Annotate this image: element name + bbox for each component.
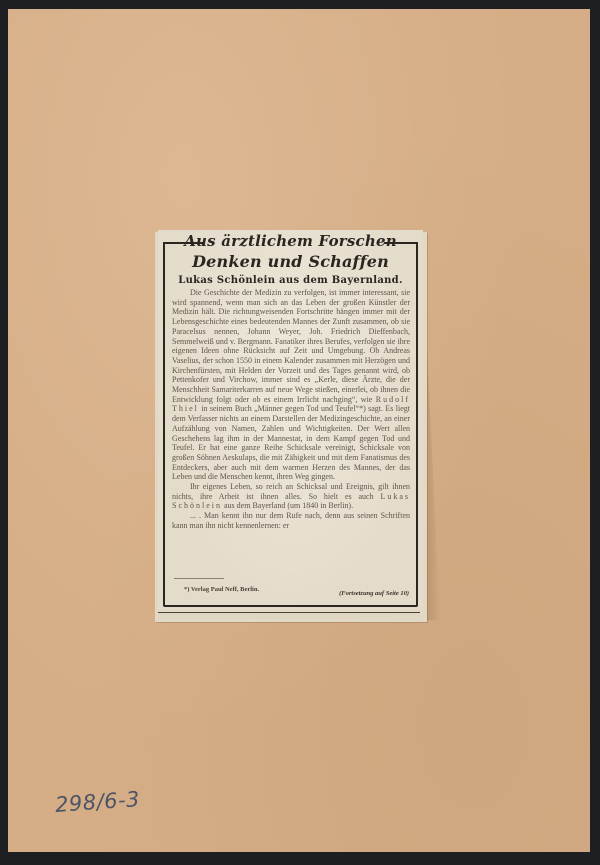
article-paragraph-1: Die Geschichte der Medizin zu verfolgen,… — [172, 288, 410, 482]
footnote-divider — [174, 578, 224, 579]
continuation-note: (Fortsetzung auf Seite 10) — [339, 590, 409, 597]
paragraph-text: Ihr eigenes Leben, so reich an Schicksal… — [172, 482, 410, 501]
article-paragraph-2: Ihr eigenes Leben, so reich an Schicksal… — [172, 482, 410, 511]
clipping-bottom-edge — [158, 612, 420, 619]
newspaper-clipping: Aus ärztlichem Forschen Denken und Schaf… — [158, 230, 423, 610]
article-paragraph-3: ... . Man kennt ihn nur dem Rufe nach, d… — [172, 511, 410, 530]
paragraph-text: Die Geschichte der Medizin zu verfolgen,… — [172, 288, 410, 404]
headline-line-2: Denken und Schaffen — [158, 252, 423, 271]
paragraph-text: aus dem Bayerland (um 1840 in Berlin). — [222, 501, 353, 510]
headline-line-1: Aus ärztlichem Forschen — [158, 232, 423, 250]
article-body: Die Geschichte der Medizin zu verfolgen,… — [172, 288, 410, 531]
paragraph-text: in seinem Buch „Männer gegen Tod und Teu… — [172, 404, 410, 481]
paragraph-text: ... . Man kennt ihn nur dem Rufe nach, d… — [172, 511, 410, 530]
footnote: *) Verlag Paul Neff, Berlin. — [184, 586, 259, 593]
article-subheadline: Lukas Schönlein aus dem Bayernland. — [158, 275, 423, 286]
